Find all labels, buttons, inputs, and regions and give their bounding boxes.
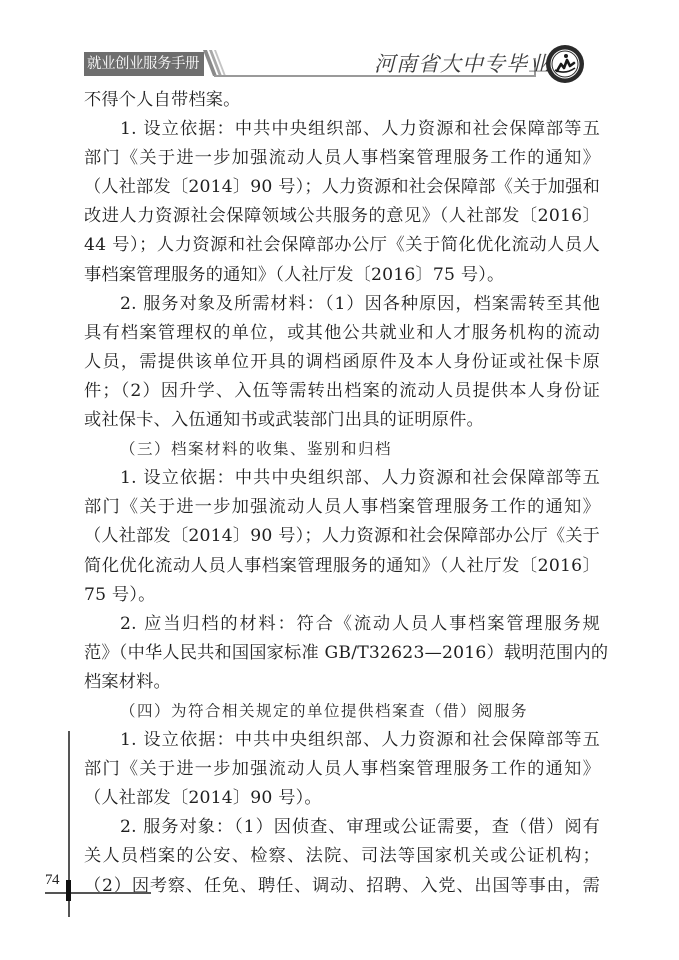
text-line: 或社保卡、入伍通知书或武装部门出具的证明原件。	[84, 406, 600, 435]
text-line: 部门《关于进一步加强流动人员人事档案管理服务工作的通知》	[84, 493, 600, 522]
text-line: 关人员档案的公安、检察、法院、司法等国家机关或公证机构；	[84, 842, 600, 871]
text-line: 部门《关于进一步加强流动人员人事档案管理服务工作的通知》	[84, 755, 600, 784]
text-line: 改进人力资源社会保障领域公共服务的意见》（人社部发〔2016〕	[84, 202, 600, 231]
text-line: 简化优化流动人员人事档案管理服务的通知》（人社厅发〔2016〕	[84, 552, 600, 581]
text-line: 范》（中华人民共和国国家标准 GB/T32623—2016）载明范围内的	[84, 639, 600, 668]
page-number: 74	[45, 872, 59, 889]
text-line: 部门《关于进一步加强流动人员人事档案管理服务工作的通知》	[84, 144, 600, 173]
text-line: 不得个人自带档案。	[84, 86, 600, 115]
section-heading: （三）档案材料的收集、鉴别和归档	[84, 435, 600, 464]
series-title: 河南省大中专毕业生	[374, 48, 572, 78]
text-line: 件；（2）因升学、入伍等需转出档案的流动人员提供本人身份证	[84, 377, 600, 406]
body-text: 不得个人自带档案。1. 设立依据：中共中央组织部、人力资源和社会保障部等五部门《…	[84, 86, 600, 901]
text-line: （人社部发〔2014〕90 号）；人力资源和社会保障部《关于加强和	[84, 173, 600, 202]
text-line: 1. 设立依据：中共中央组织部、人力资源和社会保障部等五	[84, 115, 600, 144]
text-line: 档案材料。	[84, 668, 600, 697]
text-line: 1. 设立依据：中共中央组织部、人力资源和社会保障部等五	[84, 726, 600, 755]
text-line: 人员，需提供该单位开具的调档函原件及本人身份证或社保卡原	[84, 348, 600, 377]
text-line: （人社部发〔2014〕90 号）；人力资源和社会保障部办公厅《关于	[84, 522, 600, 551]
text-line: 2. 服务对象及所需材料：（1）因各种原因，档案需转至其他	[84, 290, 600, 319]
book-label: 就业创业服务手册	[84, 52, 204, 76]
footer-rule	[45, 892, 151, 894]
text-line: 44 号）；人力资源和社会保障部办公厅《关于简化优化流动人员人	[84, 231, 600, 260]
text-line: 事档案管理服务的通知》（人社厅发〔2016〕75 号）。	[84, 261, 600, 290]
running-header: 就业创业服务手册 河南省大中专毕业生	[0, 0, 679, 100]
text-line: 1. 设立依据：中共中央组织部、人力资源和社会保障部等五	[84, 464, 600, 493]
decorative-stripes-icon	[203, 50, 227, 76]
text-line: （2）因考察、任免、聘任、调动、招聘、入党、出国等事由，需	[84, 872, 600, 901]
emblem-logo-icon	[545, 44, 585, 84]
text-line: 具有档案管理权的单位，或其他公共就业和人才服务机构的流动	[84, 319, 600, 348]
text-line: 75 号）。	[84, 581, 600, 610]
text-line: 2. 应当归档的材料：符合《流动人员人事档案管理服务规	[84, 610, 600, 639]
text-line: 2. 服务对象：（1）因侦查、审理或公证需要，查（借）阅有	[84, 813, 600, 842]
section-heading: （四）为符合相关规定的单位提供档案查（借）阅服务	[84, 697, 600, 726]
text-line: （人社部发〔2014〕90 号）。	[84, 784, 600, 813]
page-marker	[66, 880, 71, 901]
